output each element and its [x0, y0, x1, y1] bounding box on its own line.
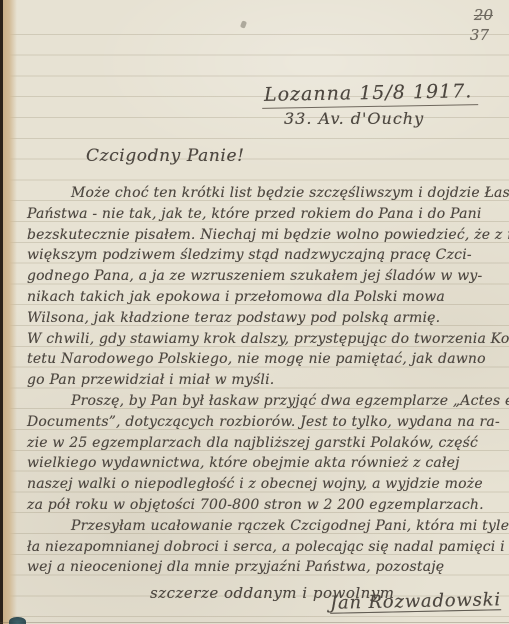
page-bottom-edge — [0, 622, 509, 623]
letter-line: Proszę, by Pan był łaskaw przyjąć dwa eg… — [27, 391, 503, 412]
letter-line: W chwili, gdy stawiamy krok dalszy, przy… — [27, 329, 503, 350]
letter-line: Państwa - nie tak, jak te, które przed r… — [27, 204, 503, 225]
corner-ink-mark — [9, 617, 26, 624]
letter-body: Może choć ten krótki list będzie szczęśl… — [27, 183, 503, 578]
date-block: Lozanna 15/8 1917. 33. Av. d'Ouchy — [262, 82, 478, 128]
letter-line: zie w 25 egzemplarzach dla najbliższej g… — [27, 433, 503, 454]
letter-line: większym podziwem śledzimy stąd nadzwycz… — [27, 245, 503, 266]
letter-line: naszej walki o niepodległość i z obecnej… — [27, 474, 503, 495]
page-left-edge — [3, 0, 17, 624]
archival-number-crossed-out: 20 — [470, 5, 493, 25]
letter-line: bezskutecznie pisałem. Niechaj mi będzie… — [27, 225, 503, 246]
address-line: 33. Av. d'Ouchy — [284, 109, 478, 128]
archival-number-current: 37 — [470, 25, 489, 45]
letter-line: Przesyłam ucałowanie rączek Czcigodnej P… — [27, 516, 503, 537]
letter-line: Może choć ten krótki list będzie szczęśl… — [27, 183, 503, 204]
place-date-line: Lozanna 15/8 1917. — [262, 80, 479, 109]
ink-smudge — [240, 20, 247, 28]
letter-line: tetu Narodowego Polskiego, nie mogę nie … — [27, 349, 503, 370]
letter-line: go Pan przewidział i miał w myśli. — [27, 370, 503, 391]
handwritten-letter-scan: 20 37 Lozanna 15/8 1917. 33. Av. d'Ouchy… — [0, 0, 509, 624]
signature: Jan Rozwadowski — [330, 589, 501, 614]
salutation: Czcigodny Panie! — [86, 146, 245, 166]
letter-line: wej a nieocenionej dla mnie przyjaźni Pa… — [27, 557, 503, 578]
letter-line: wielkiego wydawnictwa, które obejmie akt… — [27, 453, 503, 474]
letter-line: ła niezapomnianej dobroci i serca, a pol… — [27, 537, 503, 558]
archival-page-numbers: 20 37 — [470, 5, 495, 45]
letter-line: za pół roku w objętości 700-800 stron w … — [27, 495, 503, 516]
letter-line: Documents”, dotyczących rozbiorów. Jest … — [27, 412, 503, 433]
letter-line: godnego Pana, a ja ze wzruszeniem szukał… — [27, 266, 503, 287]
letter-line: nikach takich jak epokowa i przełomowa d… — [27, 287, 503, 308]
letter-line: Wilsona, jak kładzione teraz podstawy po… — [27, 308, 503, 329]
